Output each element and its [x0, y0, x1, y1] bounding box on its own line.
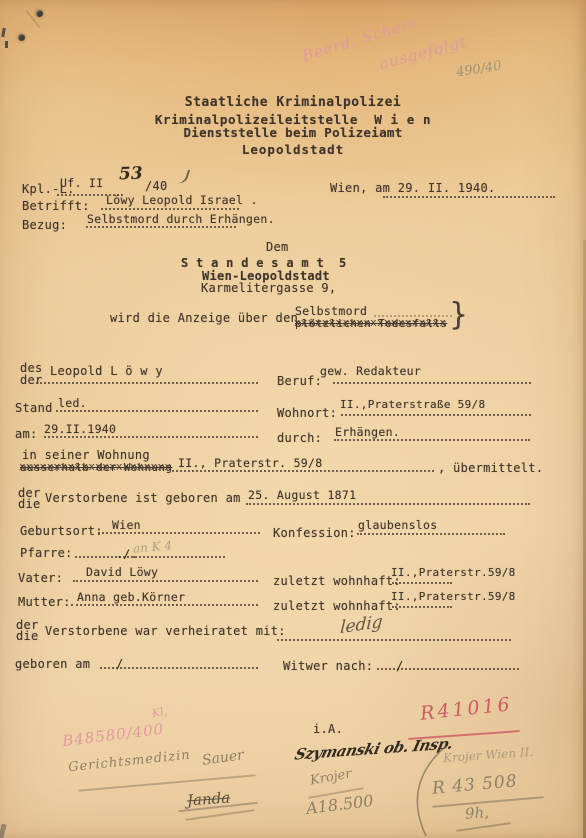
staple-hole — [36, 10, 43, 17]
ref-number-typed: Uf. II — [60, 176, 103, 190]
pencil-gerichtsmedizin: Gerichtsmedizin — [68, 748, 192, 776]
field-durch-value: Erhängen. — [335, 425, 400, 439]
field-wohnort-label: Wohnort: — [277, 406, 337, 420]
field-beruf-label: Beruf: — [277, 374, 322, 388]
staple-hole — [18, 34, 25, 41]
text-uebermittelt: , übermittelt. — [438, 461, 543, 475]
letterhead-line-4: Leopoldstadt — [0, 142, 586, 157]
dotted-line — [392, 582, 452, 584]
field-pfarre-label: Pfarre: — [20, 546, 73, 560]
pen-check-stroke — [174, 167, 190, 186]
text-geboren: Verstorbene ist geboren am — [45, 491, 241, 505]
pencil-9h: 9h, — [464, 803, 489, 823]
edge-mark — [0, 824, 7, 838]
red-registry-number-right: R41016 — [419, 693, 514, 725]
field-stand-value: led. — [58, 396, 87, 410]
pencil-krojer: Krojer — [309, 766, 353, 788]
dotted-line — [357, 533, 505, 535]
field-vater-value: David Löwy — [86, 565, 158, 579]
addressee-dem: Dem — [266, 240, 289, 254]
field-wohnort-value: II.,Praterstraße 59/8 — [340, 398, 485, 411]
handwritten-pfarre-note: an K 4 — [132, 538, 172, 555]
field-zuletzt-wohnhaft-label: zuletzt wohnhaft: — [273, 599, 401, 613]
choice-bracket: } — [449, 296, 468, 333]
field-konfession-label: Konfession: — [273, 526, 356, 540]
field-am-label: am: — [15, 427, 38, 441]
letterhead-line-1: Staatliche Kriminalpolizei — [0, 95, 586, 110]
dotted-line — [36, 382, 258, 384]
notice-intro: wird die Anzeige über den — [110, 311, 298, 325]
field-durch-label: durch: — [277, 431, 322, 445]
pronoun-die: die — [18, 497, 41, 511]
red-kl-note: Kl, — [151, 705, 169, 721]
pencil-signature-sauer: Sauer — [201, 747, 245, 769]
dotted-line — [71, 604, 258, 606]
dotted-line — [383, 196, 555, 198]
dotted-line — [56, 410, 258, 412]
field-betrifft-value: Löwy Leopold Israel . — [106, 193, 258, 207]
field-zuletzt-wohnhaft-label: zuletzt wohnhaft: — [273, 574, 401, 588]
dotted-line — [246, 503, 530, 505]
typed-slash: / — [396, 659, 404, 673]
red-registry-number-left: B48580/400 — [61, 720, 165, 750]
pencil-krojer-wien: Krojer Wien II. — [443, 745, 534, 765]
field-mutter-wohnhaft-value: II.,Praterstr.59/8 — [391, 590, 516, 603]
dotted-line — [86, 226, 236, 228]
addressee-office: S t a n d e s a m t 5 — [181, 256, 347, 270]
scanned-document-page: Beerd. Schein ausgefolgt 490/40 Staatlic… — [0, 0, 586, 838]
dotted-line — [333, 382, 531, 384]
dotted-line — [334, 439, 530, 441]
field-geboren-am-label: geboren am — [15, 657, 90, 671]
field-geburtsdatum-value: 25. August 1871 — [248, 488, 356, 502]
field-mutter-value: Anna geb.Körner — [77, 590, 185, 604]
pronoun-die: die — [16, 629, 39, 643]
typed-x-strikeout: xxxxxxxxxxxxxxxxxxxxxx — [294, 316, 446, 329]
typed-x-strikeout: xxxxxxxxxxxxxxxxxxxxxx — [19, 460, 171, 473]
typed-slash: / — [116, 657, 124, 671]
strike-flourish — [185, 809, 255, 821]
field-mutter-label: Mutter: — [18, 595, 71, 609]
dotted-line — [75, 556, 225, 558]
addressee-street: Karmelitergasse 9, — [201, 281, 336, 295]
field-geburtsort-label: Geburtsort: — [20, 524, 103, 538]
field-am-value: 29.II.1940 — [44, 422, 116, 436]
handwritten-case-number: 53 — [119, 164, 143, 185]
dotted-line — [98, 532, 260, 534]
field-betrifft-label: Betrifft: — [22, 199, 90, 213]
field-vater-label: Vater: — [18, 571, 63, 585]
letterhead-line-3: Dienststelle beim Polizeiamt — [0, 125, 586, 140]
typed-ia: i.A. — [313, 722, 343, 736]
field-geburtsort-value: Wien — [112, 518, 141, 532]
text-verheiratet: Verstorbene war verheiratet mit: — [45, 624, 286, 638]
field-stand-label: Stand — [15, 401, 53, 415]
edge-mark — [5, 41, 8, 48]
handwritten-ledig: ledig — [339, 612, 383, 638]
pencil-curve-stroke — [398, 744, 450, 838]
field-vater-wohnhaft-value: II.,Praterstr.59/8 — [391, 566, 516, 579]
field-name-value: Leopold L ö w y — [50, 364, 163, 378]
ref-number-year: /40 — [145, 179, 168, 193]
field-bezug-label: Bezug: — [22, 218, 67, 232]
pencil-underline — [456, 822, 511, 832]
field-wohnung-address: II., Praterstr. 59/8 — [178, 456, 322, 470]
dotted-line — [172, 470, 434, 472]
field-konfession-value: glaubenslos — [358, 518, 437, 532]
field-bezug-value: Selbstmord durch Erhängen. — [87, 212, 275, 226]
dotted-line — [101, 208, 239, 210]
dotted-line — [341, 414, 531, 416]
dotted-line — [44, 436, 258, 438]
dotted-line — [392, 606, 452, 608]
dotted-line — [277, 639, 511, 641]
pronoun-der: der — [20, 373, 43, 387]
field-witwer-label: Witwer nach: — [283, 659, 373, 673]
dotted-line — [73, 580, 258, 582]
date-line: Wien, am 29. II. 1940. — [330, 181, 496, 195]
edge-mark — [1, 28, 6, 37]
handwritten-pencil-number: 490/40 — [455, 59, 503, 81]
field-beruf-value: gew. Redakteur — [320, 364, 421, 378]
